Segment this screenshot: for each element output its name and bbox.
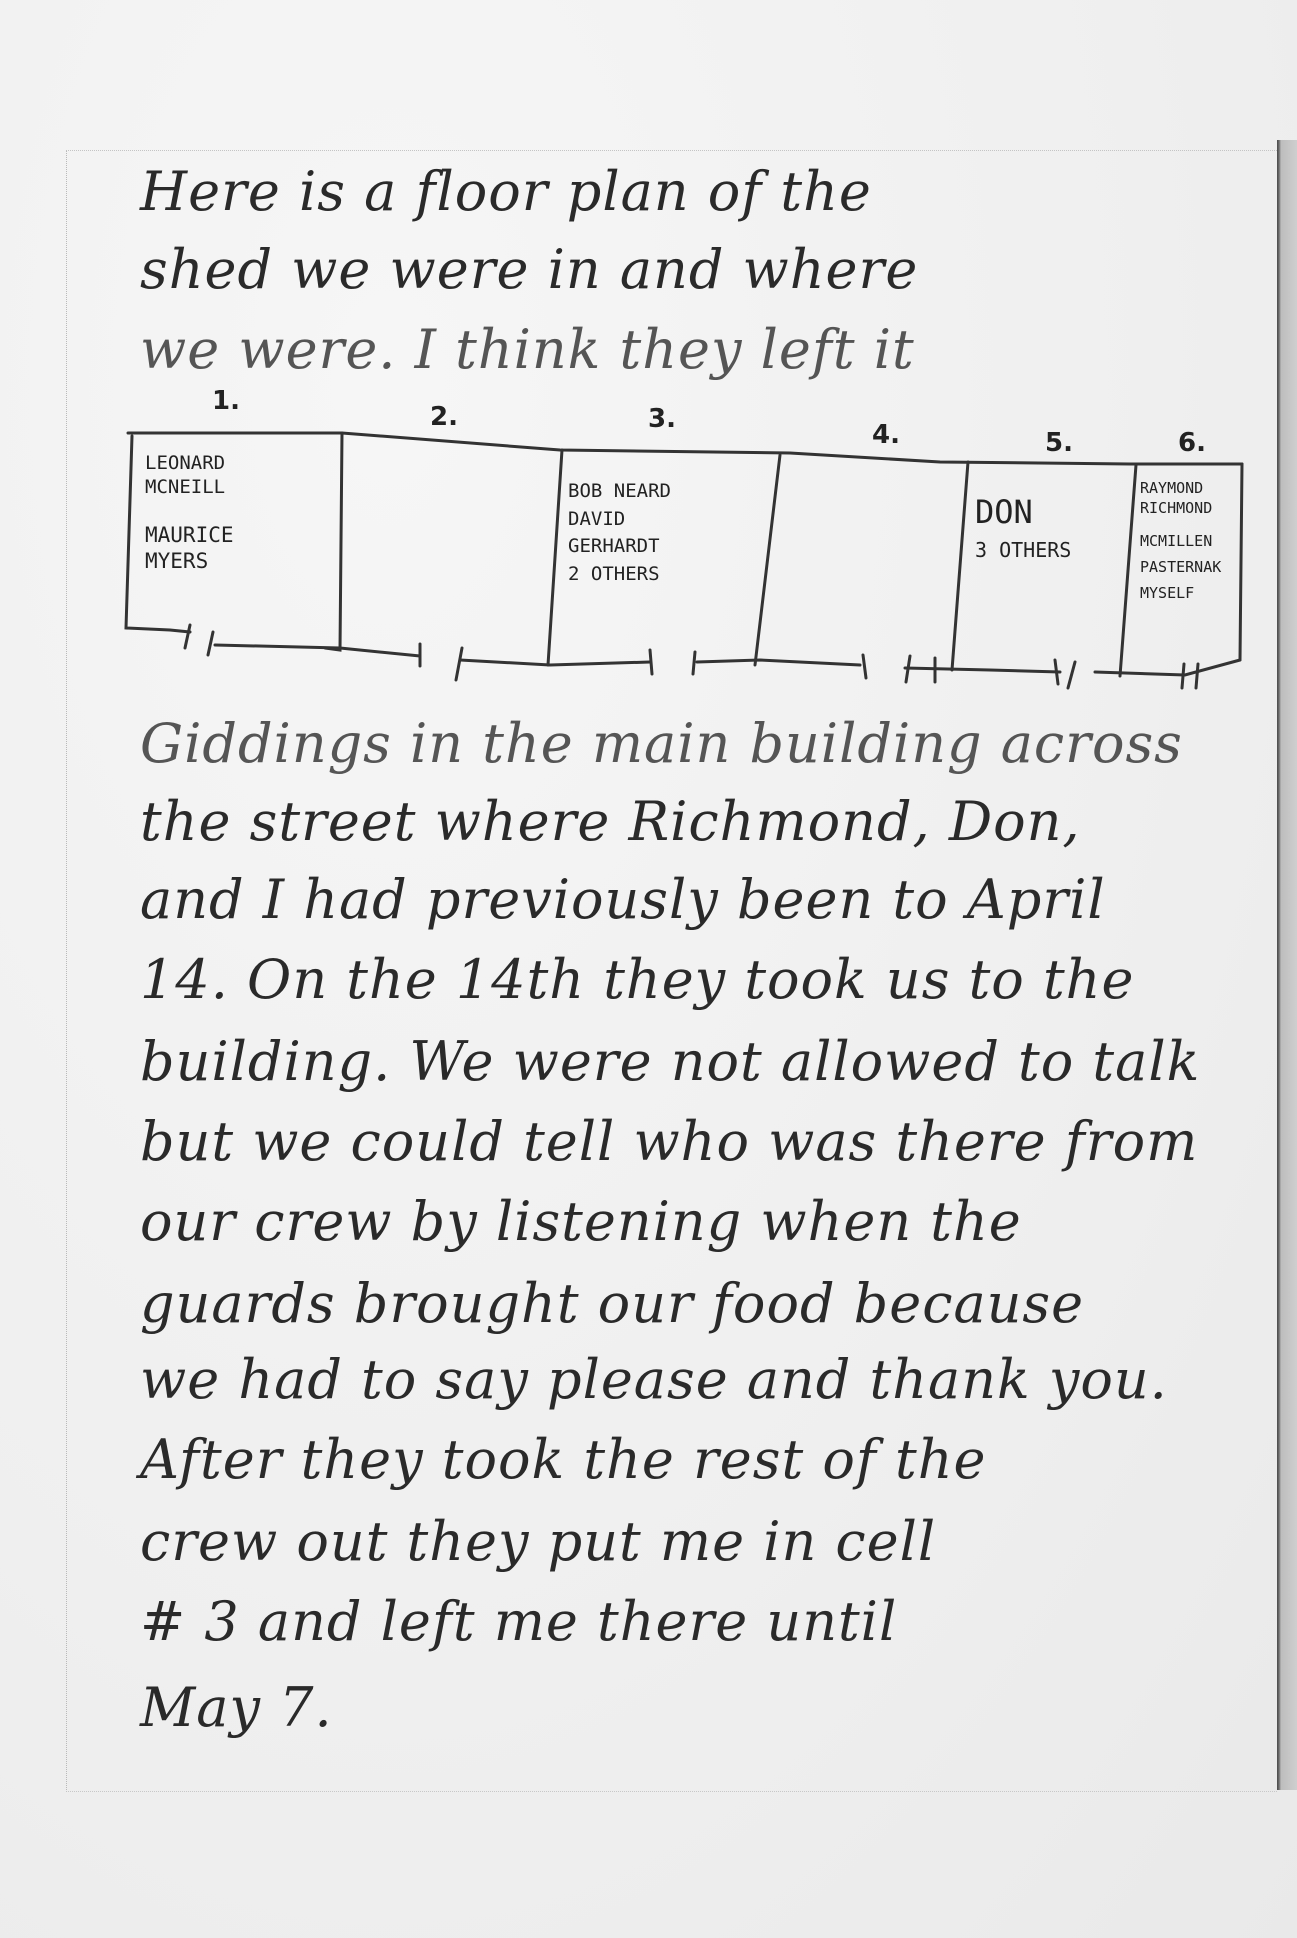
occupant-name: Myers xyxy=(145,548,234,574)
occupant-name: 3 others xyxy=(975,538,1071,563)
cell-6-occupants: Raymond Richmond McMillen Pasternak Myse… xyxy=(1140,478,1221,603)
occupant-name: 2 others xyxy=(568,561,671,589)
cell-5-occupants: Don 3 others xyxy=(975,492,1071,563)
occupant-name: Maurice xyxy=(145,522,234,548)
cell-1-occupants: Leonard McNeill Maurice Myers xyxy=(145,452,234,574)
body-line-4: 14. On the 14th they took us to the xyxy=(140,948,1260,1011)
occupant-name: Gerhardt xyxy=(568,533,671,561)
spacer xyxy=(145,500,234,522)
body-line-12: # 3 and left me there until xyxy=(140,1590,1260,1653)
cell-3-occupants: Bob Neard David Gerhardt 2 others xyxy=(568,478,671,588)
body-line-13: May 7. xyxy=(140,1676,1260,1739)
cell-5-number: 5. xyxy=(1045,428,1073,458)
cell-2-number: 2. xyxy=(430,402,458,432)
occupant-name: Myself xyxy=(1140,583,1221,603)
cell-1-number: 1. xyxy=(212,386,240,416)
body-line-2: the street where Richmond, Don, xyxy=(140,790,1260,853)
occupant-name: Pasternak xyxy=(1140,557,1221,577)
body-line-11: crew out they put me in cell xyxy=(140,1510,1260,1573)
floor-plan-sketch: 1. 2. 3. 4. 5. 6. Leonard McNeill Mauric… xyxy=(0,0,1297,720)
body-line-8: guards brought our food because xyxy=(140,1272,1260,1335)
occupant-name: McNeill xyxy=(145,476,234,500)
body-line-7: our crew by listening when the xyxy=(140,1190,1260,1253)
body-line-1: Giddings in the main building across xyxy=(140,712,1260,775)
body-line-5: building. We were not allowed to talk xyxy=(140,1030,1260,1093)
cell-3-number: 3. xyxy=(648,404,676,434)
cell-4-number: 4. xyxy=(872,420,900,450)
body-line-9: we had to say please and thank you. xyxy=(140,1348,1260,1411)
occupant-name: Don xyxy=(975,492,1071,532)
body-line-6: but we could tell who was there from xyxy=(140,1110,1260,1173)
occupant-name: David xyxy=(568,506,671,534)
body-line-3: and I had previously been to April xyxy=(140,868,1260,931)
occupant-name: McMillen xyxy=(1140,531,1221,551)
occupant-name: Raymond xyxy=(1140,478,1221,498)
occupant-name: Leonard xyxy=(145,452,234,476)
body-line-10: After they took the rest of the xyxy=(140,1428,1260,1491)
occupant-name: Bob Neard xyxy=(568,478,671,506)
floor-plan-lines xyxy=(0,0,1297,720)
occupant-name: Richmond xyxy=(1140,498,1221,518)
cell-6-number: 6. xyxy=(1178,428,1206,458)
